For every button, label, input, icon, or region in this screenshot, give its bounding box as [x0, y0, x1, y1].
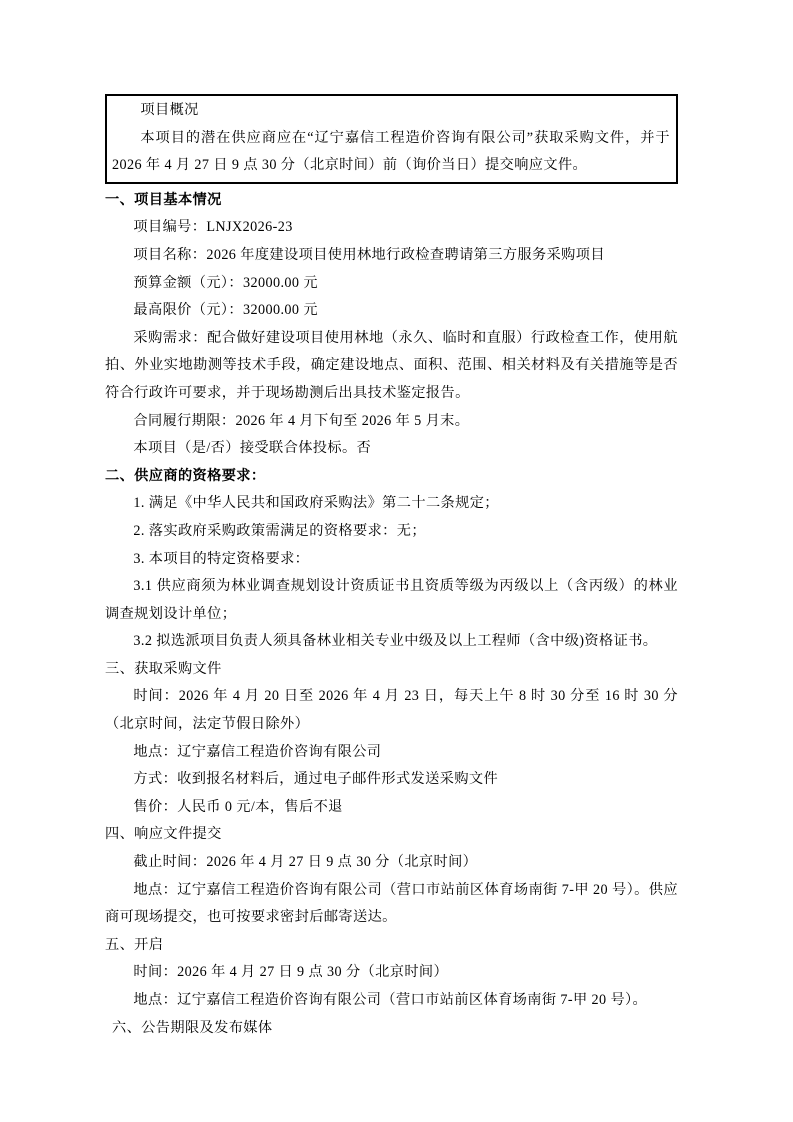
section-announcement-period: 六、公告期限及发布媒体 — [105, 1015, 678, 1043]
paragraph-qualification-1: 1. 满足《中华人民共和国政府采购法》第二十二条规定； — [105, 490, 678, 518]
paragraph-submission-deadline: 截止时间：2026 年 4 月 27 日 9 点 30 分（北京时间） — [105, 849, 678, 877]
section-response-submission: 四、响应文件提交 截止时间：2026 年 4 月 27 日 9 点 30 分（北… — [105, 821, 678, 931]
paragraph-opening-time: 时间：2026 年 4 月 27 日 9 点 30 分（北京时间） — [105, 959, 678, 987]
section-heading: 二、供应商的资格要求： — [105, 463, 678, 491]
section-heading: 六、公告期限及发布媒体 — [112, 1015, 678, 1043]
paragraph-max-price: 最高限价（元）：32000.00 元 — [105, 297, 678, 325]
paragraph-qualification-3: 3. 本项目的特定资格要求： — [105, 546, 678, 574]
paragraph-obtain-method: 方式：收到报名材料后，通过电子邮件形式发送采购文件 — [105, 766, 678, 794]
paragraph-submission-location: 地点：辽宁嘉信工程造价咨询有限公司（营口市站前区体育场南街 7-甲 20 号）。… — [105, 877, 678, 932]
paragraph-obtain-location: 地点：辽宁嘉信工程造价咨询有限公司 — [105, 739, 678, 767]
section-opening: 五、开启 时间：2026 年 4 月 27 日 9 点 30 分（北京时间） 地… — [105, 932, 678, 1015]
paragraph-project-number: 项目编号：LNJX2026-23 — [105, 214, 678, 242]
paragraph-budget-amount: 预算金额（元）：32000.00 元 — [105, 270, 678, 298]
paragraph-qualification-2: 2. 落实政府采购政策需满足的资格要求：无； — [105, 518, 678, 546]
section-heading: 五、开启 — [105, 932, 678, 960]
paragraph-qualification-3-1: 3.1 供应商须为林业调查规划设计资质证书且资质等级为丙级以上（含丙级）的林业调… — [105, 573, 678, 628]
paragraph-consortium-bid: 本项目（是/否）接受联合体投标。否 — [105, 435, 678, 463]
document-content: 项目概况 本项目的潜在供应商应在“辽宁嘉信工程造价咨询有限公司”获取采购文件，并… — [105, 94, 678, 1042]
section-supplier-qualifications: 二、供应商的资格要求： 1. 满足《中华人民共和国政府采购法》第二十二条规定； … — [105, 463, 678, 656]
paragraph-obtain-time: 时间：2026 年 4 月 20 日至 2026 年 4 月 23 日，每天上午… — [105, 683, 678, 738]
overview-body: 本项目的潜在供应商应在“辽宁嘉信工程造价咨询有限公司”获取采购文件，并于 202… — [112, 125, 670, 180]
section-project-basic-info: 一、项目基本情况 项目编号：LNJX2026-23 项目名称：2026 年度建设… — [105, 187, 678, 463]
section-obtain-documents: 三、获取采购文件 时间：2026 年 4 月 20 日至 2026 年 4 月 … — [105, 656, 678, 822]
section-heading: 四、响应文件提交 — [105, 821, 678, 849]
paragraph-opening-location: 地点：辽宁嘉信工程造价咨询有限公司（营口市站前区体育场南街 7-甲 20 号）。 — [105, 987, 678, 1015]
paragraph-obtain-price: 售价：人民币 0 元/本，售后不退 — [105, 794, 678, 822]
section-heading: 三、获取采购文件 — [105, 656, 678, 684]
section-heading: 一、项目基本情况 — [105, 187, 678, 215]
document-page: 项目概况 本项目的潜在供应商应在“辽宁嘉信工程造价咨询有限公司”获取采购文件，并… — [0, 0, 793, 1122]
paragraph-qualification-3-2: 3.2 拟选派项目负责人须具备林业相关专业中级及以上工程师（含中级)资格证书。 — [105, 628, 678, 656]
project-overview-box: 项目概况 本项目的潜在供应商应在“辽宁嘉信工程造价咨询有限公司”获取采购文件，并… — [105, 94, 678, 184]
paragraph-project-name: 项目名称：2026 年度建设项目使用林地行政检查聘请第三方服务采购项目 — [105, 242, 678, 270]
paragraph-contract-period: 合同履行期限：2026 年 4 月下旬至 2026 年 5 月末。 — [105, 408, 678, 436]
overview-title: 项目概况 — [112, 97, 670, 125]
paragraph-procurement-requirements: 采购需求：配合做好建设项目使用林地（永久、临时和直服）行政检查工作，使用航拍、外… — [105, 325, 678, 408]
